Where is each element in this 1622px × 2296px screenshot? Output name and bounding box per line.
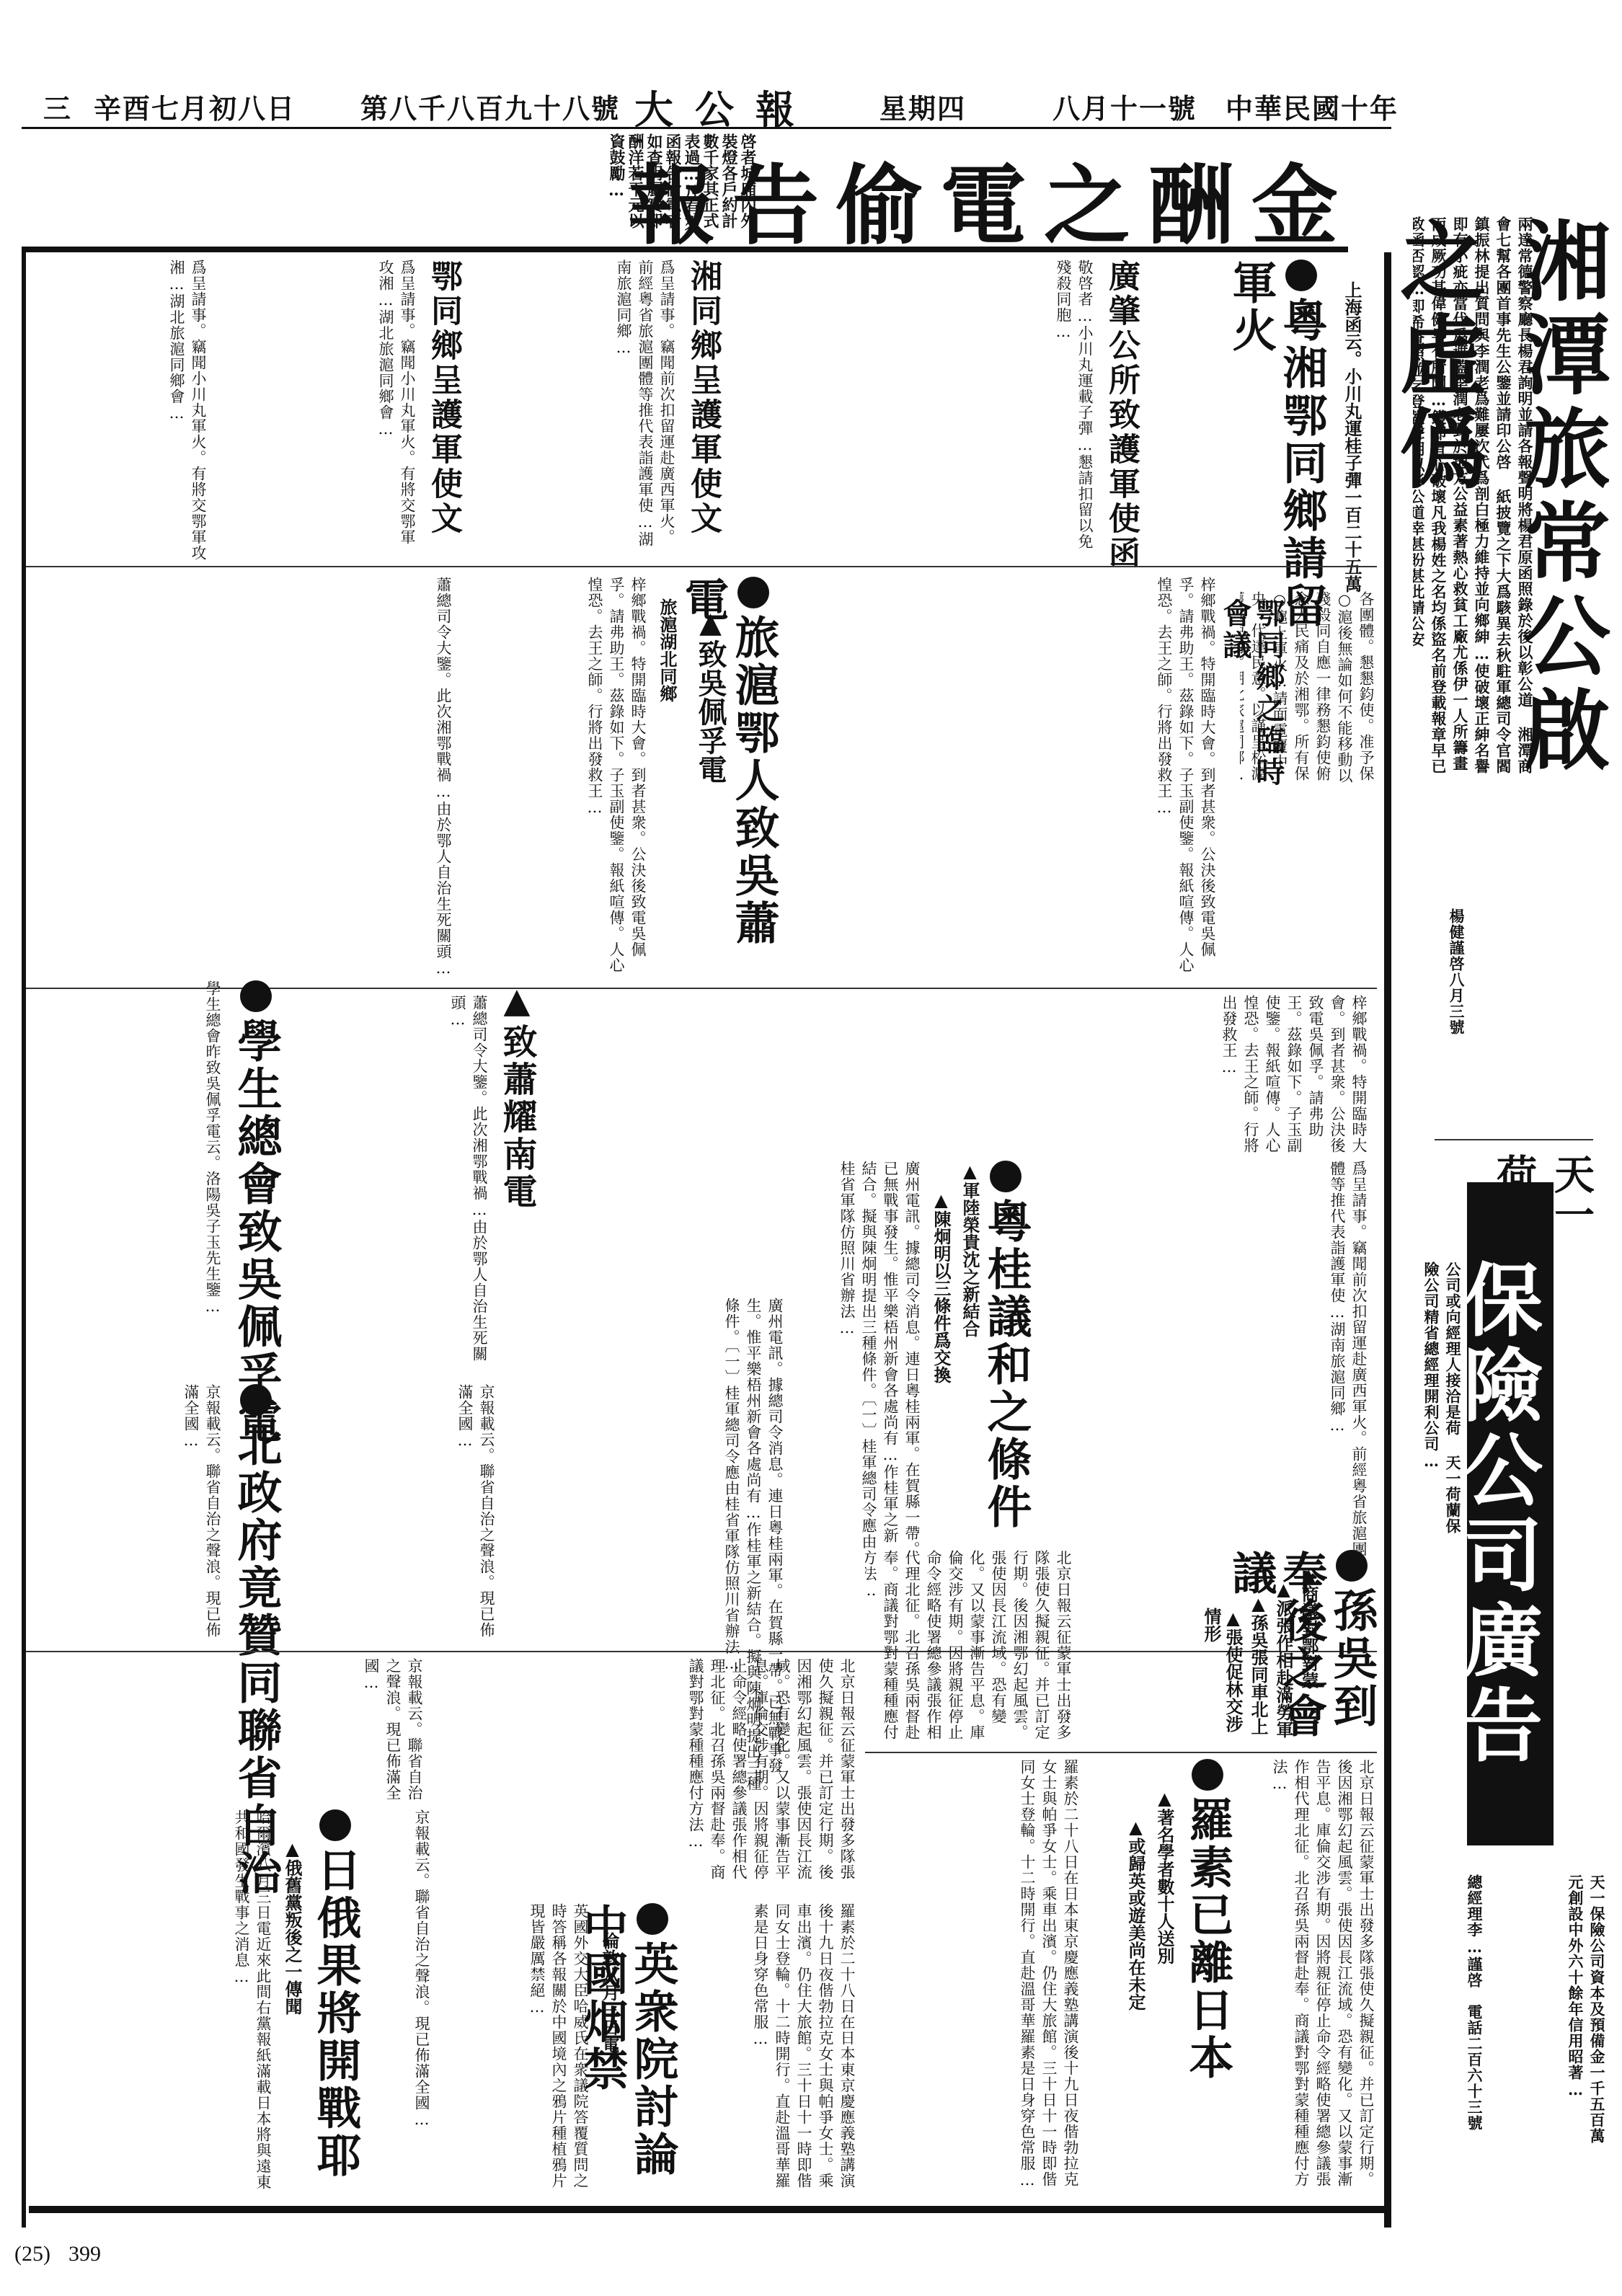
article-subhead: ▲派張作相赴滿勞軍 <box>1272 1579 1294 1738</box>
article-luosu: 北京日報云征蒙軍士出發多隊張使久擬親征。并已訂定行期。後因湘鄂幻起風雲。張使因長… <box>1081 1759 1377 2191</box>
masthead: 三 辛酉七月初八日 第八千八百九十八號 大公報 星期四 八月十一號 中華民國十年 <box>43 87 1600 123</box>
article-headline: 廣肇公所致護軍使函 <box>1103 260 1139 571</box>
article-body: 英國外交大臣哈威氏在衆議院答覆質問之時答稱各報關於中國境內之鴉片種植鴉片現皆嚴厲… <box>433 1903 591 2191</box>
article-subhead: ▲俄舊黨叛後之一傳聞 <box>281 1838 303 2015</box>
footer-volume: (25) <box>14 2242 50 2266</box>
article-body-continuation: 梓鄉戰禍。特開臨時大會。到者甚衆。公決後致電吳佩孚。請弗助王。茲錄如下。子玉副使… <box>793 577 1218 980</box>
article-headline: 鄂同鄉呈護軍使文 <box>425 260 461 536</box>
article-headline: 日俄果將開戰耶 <box>310 1809 360 2180</box>
article-subhead: ▲陳炯明以三條件爲交換 <box>930 1189 952 1383</box>
article-subhead: ▲軍陸榮貴沈之新結合 <box>959 1161 980 1337</box>
bullet-icon <box>1192 1759 1223 1791</box>
year: 中華民國十年 <box>1226 87 1399 126</box>
article-headline: 鄂同鄉之臨時會議 <box>1218 598 1285 800</box>
article-body: 學生總會昨致吳佩孚電云。洛陽吳子玉先生鑒… <box>29 980 223 1384</box>
article-subhead: ▲著名學者數十人送別 <box>1153 1788 1175 1964</box>
article-body: 哈爾濱八月三日電近來此間右黨報紙滿載日本將與遠東共和國發生戰事之消息… <box>43 1809 274 2191</box>
article-subhead: ▲孫吳張同車北上 <box>1247 1593 1269 1735</box>
ad-title: 保險公司廣告 <box>1467 1182 1554 1845</box>
bullet-icon <box>637 1903 668 1935</box>
article-body-continuation: 梓鄉戰禍。特開臨時大會。到者甚衆。公決後致電吳佩孚。請弗助王。茲錄如下。子玉副使… <box>793 995 1370 1153</box>
article-body-continuation: 爲呈請事。竊聞小川丸軍火。有將交鄂軍攻湘…湖北旅滬同鄉會… <box>29 260 209 577</box>
ad-signature: 總經理李…謹啓 <box>1463 1874 1485 1990</box>
article-body: 敬啓者…小川丸運載子彈…懇請扣留以免殘殺同胞… <box>793 260 1096 562</box>
footer-page: 399 <box>68 2242 101 2266</box>
column-separator <box>1384 252 1391 2228</box>
row-divider <box>22 566 1377 567</box>
article-body-continuation: 京報載云。聯省自治之聲浪。現已佈滿全國… <box>43 1658 425 1802</box>
article-headline: 英衆院討論中國烟禁 <box>577 1903 678 2191</box>
notice-signature: 楊健謹啓八月三號 <box>1438 908 1467 1067</box>
article-body: 爲呈請事。竊聞小川丸軍火。有將交鄂軍攻湘…湖北旅滬同鄉會… <box>216 260 418 548</box>
article-dateline: 旅滬湖北同鄉 <box>656 598 678 815</box>
article-headline: 羅素已離日本 <box>1182 1759 1233 2082</box>
article-body-continuation: 羅素於二十八日在日本東京慶應義塾講演後十九日夜偕勃拉克女士與帕爭女士。乘車出濱。… <box>685 1903 858 2191</box>
ad-body: 天一保險公司資本及預備金一千五百萬元創設中外六十餘年信用昭著… <box>1499 1874 1608 2148</box>
bullet-icon <box>240 1384 272 1416</box>
article-headline: 學生總會致吳佩孚電 <box>231 980 281 1446</box>
article-body-continuation: 北京日報云征蒙軍士出發多隊張使久擬親征。并已訂定行期。後因湘鄂幻起風雲。張使因長… <box>1247 1759 1377 2191</box>
insurance-advertisement: 天一 荷蘭 保險公司廣告 公司或向經理人接洽是荷 天一荷蘭保險公司精省總經理開利… <box>1413 1153 1608 2163</box>
bullet-icon <box>240 980 272 1012</box>
article-body-continuation: 爲呈請事。竊聞前次扣留運赴廣西軍火。前經粵省旅滬團體等推代表詣護軍使…湖南旅滬同… <box>1132 1161 1370 1557</box>
article-body-continuation: 蕭總司令大鑒。此次湘鄂戰禍…由於鄂人自治生死關頭… <box>29 577 454 980</box>
article-body-continuation: 北京日報云征蒙軍士出發多隊張使久擬親征。并已訂定行期。後因湘鄂幻起風雲。張使因長… <box>433 1658 858 1889</box>
row-divider <box>22 988 1377 989</box>
article-subhead: ▲致吳佩孚電 <box>699 606 721 784</box>
row-divider <box>865 1752 1377 1753</box>
article-body: 梓鄉戰禍。特開臨時大會。到者甚衆。公決後致電吳佩孚。請弗助王。茲錄如下。子玉副使… <box>461 577 649 980</box>
bullet-icon <box>319 1809 351 1841</box>
ad-intro: 公司或向經理人接洽是荷 天一荷蘭保險公司精省總經理開利公司… <box>1417 1262 1463 1535</box>
article-ri-e: 京報載云。聯省自治之聲浪。現已佈滿全國… 日俄果將開戰耶 ▲俄舊黨叛後之一傳聞 … <box>43 1809 433 2191</box>
article-body: 北京日報云征蒙軍士出發多隊張使久擬親征。并已訂定行期。後因湘鄂幻起風雲。張使因長… <box>865 1550 1074 1745</box>
article-headline: 粵桂議和之條件 <box>980 1161 1031 1531</box>
banner-title: 報告偷電之酬金 <box>779 137 1355 238</box>
issue-number: 第八千八百九十八號 <box>360 87 620 126</box>
article-body: 爲呈請事。竊聞前次扣留運赴廣西軍火。前經粵省旅滬團體等推代表詣護軍使…湖南旅滬同… <box>461 260 678 548</box>
article-subhead: ▲商議對鄂對蒙 <box>1298 1564 1319 1689</box>
article-yue-gui: 粵桂議和之條件 ▲軍陸榮貴沈之新結合 ▲陳炯明以三條件爲交換 廣州電訊。據總司令… <box>793 1161 1125 1557</box>
banner-rule <box>22 247 1348 252</box>
notice-body: 兩達常德警察廳長楊君詢明並請各報聲明將楊君原函照錄於後以彰公道 湘潭商會七幫各團… <box>1413 216 1535 779</box>
article-headline: 湘同鄉呈護軍使文 <box>685 260 721 536</box>
article-body: 京報載云。聯省自治之聲浪。現已佈滿全國… <box>303 1384 497 1644</box>
lunar-date: 辛酉七月初八日 <box>94 87 296 126</box>
article-headline: ▲致蕭耀南電 <box>497 980 536 1211</box>
bottom-rule <box>29 2206 1384 2213</box>
article-headline: 旅滬鄂人致吳蕭電 <box>678 577 779 980</box>
article-dateline: 倫敦八月三日電。 <box>598 1932 620 2070</box>
article-body: 廣州電訊。據總司令消息。連日粵桂兩軍。在賀縣一帶。已無戰事發生。惟平樂梧州新會各… <box>793 1161 923 1557</box>
article-body: 蕭總司令大鑒。此次湘鄂戰禍…由於鄂人自治生死關頭… <box>303 995 490 1384</box>
date: 八月十一號 <box>1052 87 1197 126</box>
notice-calligraphy-title: 湘潭旅常公啟之虛僞 <box>1543 216 1622 779</box>
article-subhead: ▲或歸英或遊美尚在未定 <box>1125 1817 1146 2011</box>
article-body: 羅素於二十八日在日本東京慶應義塾講演後十九日夜偕勃拉克女士與帕爭女士。乘車出濱。… <box>865 1759 1081 2191</box>
article-subhead: ▲張使促林交涉情形 <box>1200 1608 1244 1745</box>
article-ying-zhongyuan: 羅素於二十八日在日本東京慶應義塾講演後十九日夜偕勃拉克女士與帕爭女士。乘車出濱。… <box>433 1903 858 2191</box>
bullet-icon <box>990 1161 1021 1192</box>
left-border <box>22 252 26 2228</box>
masthead-rule <box>22 127 1391 129</box>
ad-phone: 電話二百六十三號 <box>1463 2004 1485 2148</box>
notice-divider <box>1435 1139 1593 1140</box>
article-body-continuation: 京報載云。聯省自治之聲浪。現已佈滿全國… <box>368 1809 433 2191</box>
article-sun-wu: 孫吳到奉後之會議 ▲商議對鄂對蒙 ▲派張作相赴滿勞軍 ▲孫吳張同車北上 ▲張使促… <box>1081 1550 1377 1745</box>
bullet-icon <box>1336 1550 1368 1582</box>
weekday: 星期四 <box>879 87 966 126</box>
page-number: 三 <box>43 87 72 126</box>
bullet-icon <box>737 577 769 608</box>
bullet-icon <box>1285 260 1317 291</box>
article-body: 京報載云。聯省自治之聲浪。現已佈滿全國… <box>29 1384 223 1644</box>
article-lu-hu-eren: 旅滬鄂人致吳蕭電 ▲致吳佩孚電 旅滬湖北同鄉 梓鄉戰禍。特開臨時大會。到者甚衆。… <box>461 577 779 980</box>
